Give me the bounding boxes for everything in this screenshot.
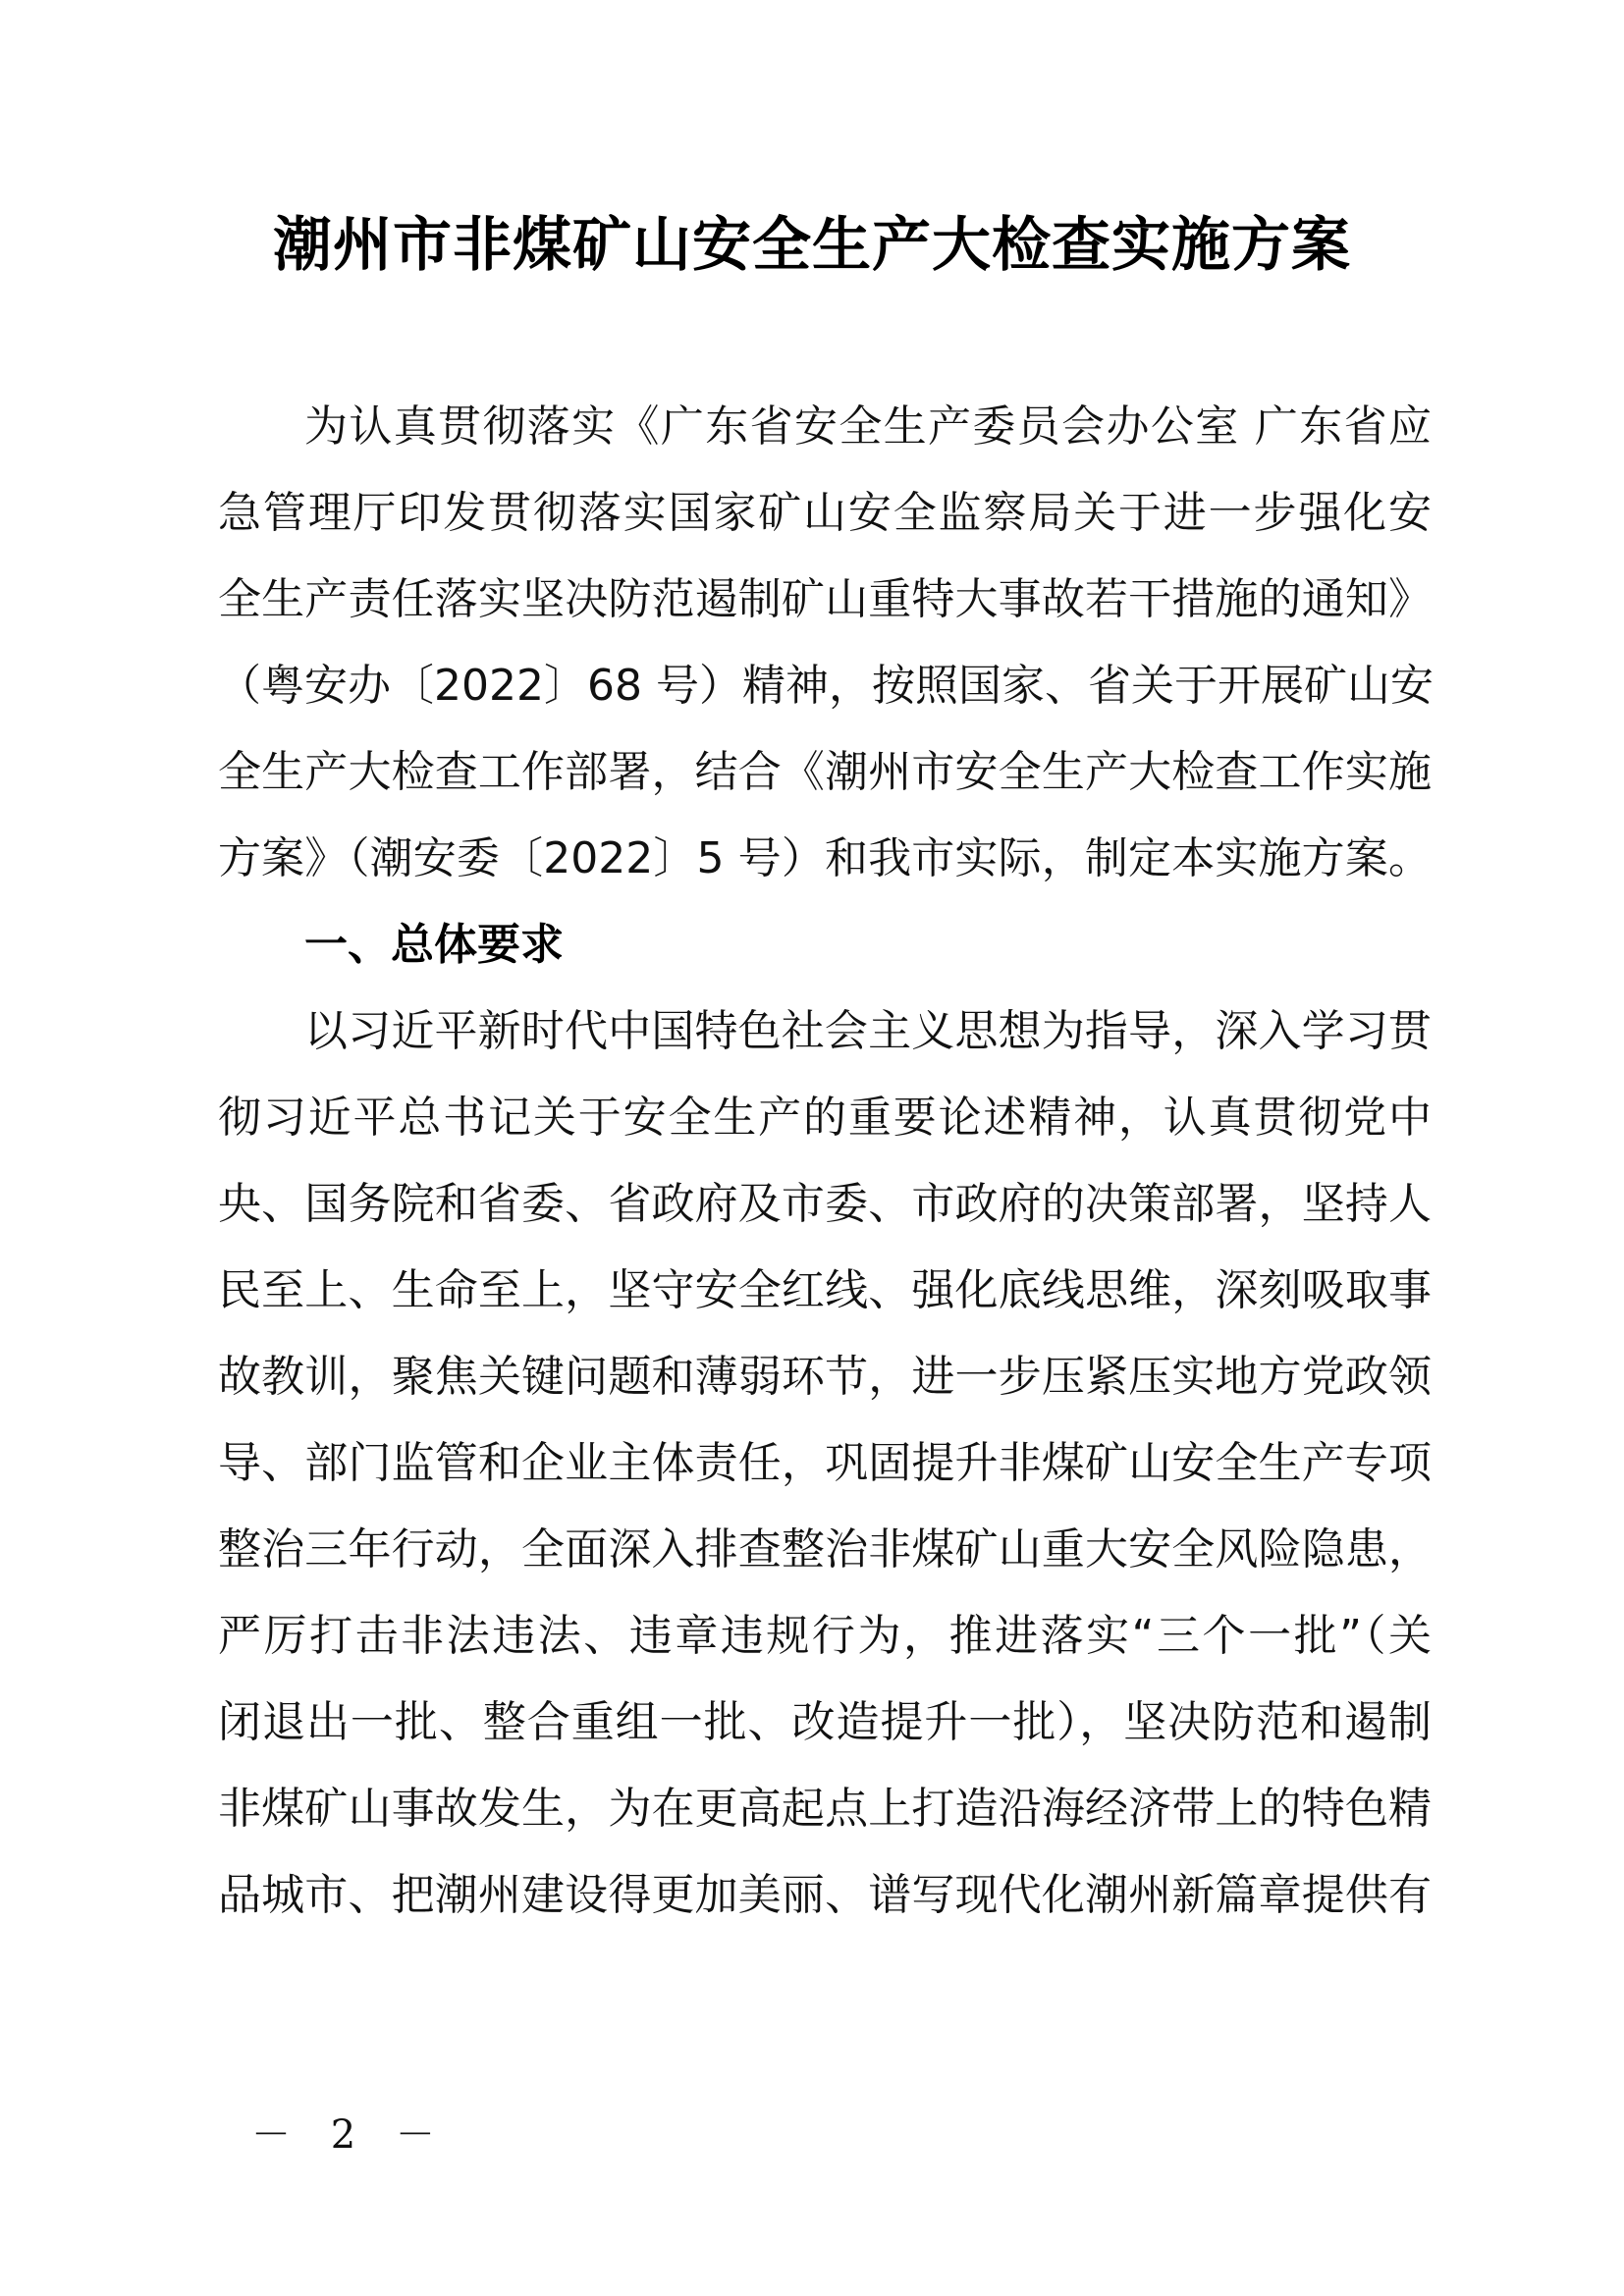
intro-line: 方案》（潮安委〔2022〕5 号）和我市实际，制定本实施方案。: [218, 829, 1432, 888]
body-line: 央、国务院和省委、省政府及市委、市政府的决策部署，坚持人: [218, 1175, 1432, 1234]
body-line: 以习近平新时代中国特色社会主义思想为指导，深入学习贯: [304, 1002, 1432, 1061]
body-line: 非煤矿山事故发生，为在更高起点上打造沿海经济带上的特色精: [218, 1780, 1432, 1839]
section-heading: 一、总体要求: [304, 916, 564, 975]
intro-line: 全生产责任落实坚决防范遏制矿山重特大事故若干措施的通知》: [218, 570, 1432, 629]
document-title: 潮州市非煤矿山安全生产大检查实施方案: [0, 208, 1624, 283]
page-number: － 2 －: [251, 2110, 449, 2160]
intro-line: 全生产大检查工作部署，结合《潮州市安全生产大检查工作实施: [218, 743, 1432, 802]
body-line: 民至上、生命至上，坚守安全红线、强化底线思维，深刻吸取事: [218, 1261, 1432, 1320]
body-line: 导、部门监管和企业主体责任，巩固提升非煤矿山安全生产专项: [218, 1434, 1432, 1493]
body-line: 闭退出一批、整合重组一批、改造提升一批），坚决防范和遏制: [218, 1693, 1432, 1752]
body-line: 故教训，聚焦关键问题和薄弱环节，进一步压紧压实地方党政领: [218, 1348, 1432, 1407]
intro-line: （粤安办〔2022〕68 号）精神，按照国家、省关于开展矿山安: [218, 657, 1432, 716]
intro-line: 为认真贯彻落实《广东省安全生产委员会办公室 广东省应: [304, 398, 1432, 456]
body-line: 整治三年行动，全面深入排查整治非煤矿山重大安全风险隐患，: [218, 1521, 1432, 1579]
body-line: 严厉打击非法违法、违章违规行为，推进落实“三个一批”（关: [218, 1607, 1432, 1666]
body-line: 彻习近平总书记关于安全生产的重要论述精神，认真贯彻党中: [218, 1089, 1432, 1148]
intro-line: 急管理厅印发贯彻落实国家矿山安全监察局关于进一步强化安: [218, 484, 1432, 543]
document-page: 潮州市非煤矿山安全生产大检查实施方案 为认真贯彻落实《广东省安全生产委员会办公室…: [0, 0, 1624, 2296]
body-line: 品城市、把潮州建设得更加美丽、谱写现代化潮州新篇章提供有: [218, 1866, 1432, 1925]
